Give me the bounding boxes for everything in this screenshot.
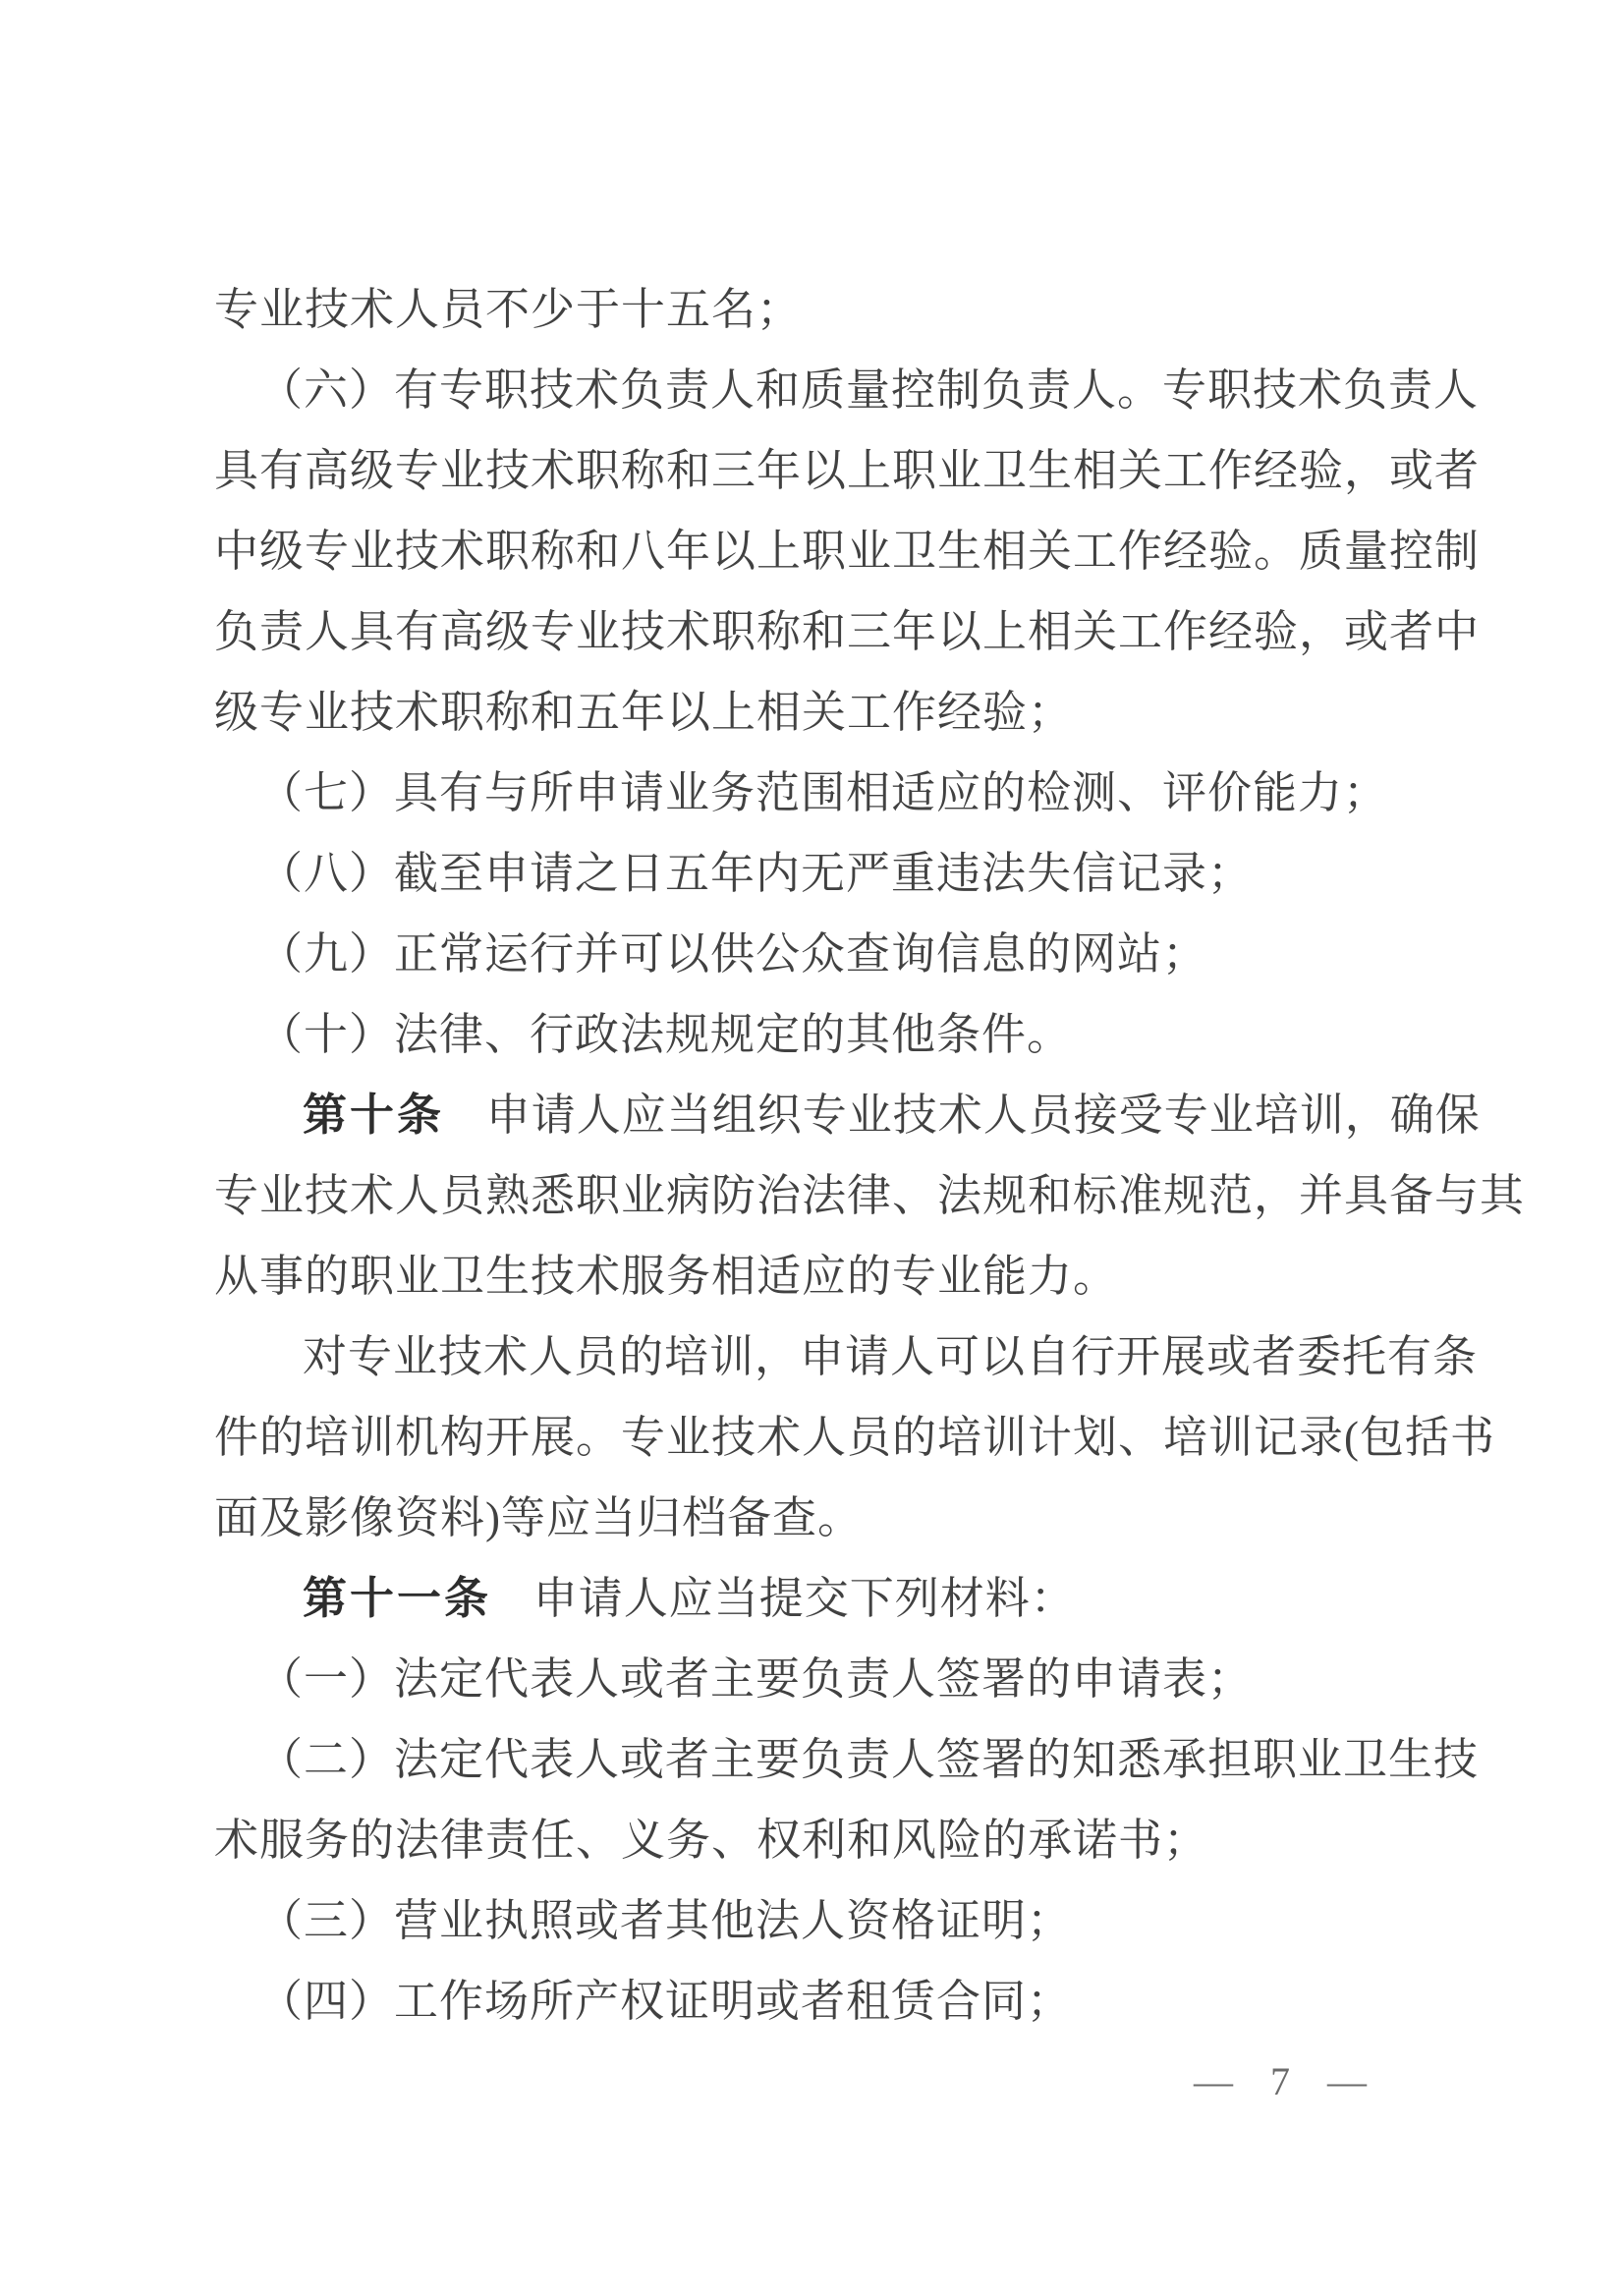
text-line: （八）截至申请之日五年内无严重违法失信记录； xyxy=(214,833,1491,914)
text-line: （七）具有与所申请业务范围相适应的检测、评价能力； xyxy=(214,753,1491,833)
line-text: 面及影像资料)等应当归档备查。 xyxy=(214,1493,863,1542)
line-text: （十）法律、行政法规规定的其他条件。 xyxy=(258,1010,1072,1059)
text-line: 从事的职业卫生技术服务相适应的专业能力。 xyxy=(214,1236,1491,1316)
line-text: 专业技术人员熟悉职业病防治法律、法规和标准规范，并具备与其 xyxy=(214,1171,1525,1220)
line-text: 负责人具有高级专业技术职称和三年以上相关工作经验，或者中 xyxy=(214,607,1480,656)
line-text: 中级专业技术职称和八年以上职业卫生相关工作经验。质量控制 xyxy=(214,527,1480,576)
text-line: （二）法定代表人或者主要负责人签署的知悉承担职业卫生技 xyxy=(214,1719,1491,1800)
line-text: （七）具有与所申请业务范围相适应的检测、评价能力； xyxy=(258,768,1388,817)
line-text: （六）有专职技术负责人和质量控制负责人。专职技术负责人 xyxy=(258,365,1479,415)
text-line: （九）正常运行并可以供公众查询信息的网站； xyxy=(214,914,1491,994)
text-line: 专业技术人员不少于十五名； xyxy=(214,269,1491,350)
text-line: 具有高级专业技术职称和三年以上职业卫生相关工作经验，或者 xyxy=(214,430,1491,511)
text-line: 专业技术人员熟悉职业病防治法律、法规和标准规范，并具备与其 xyxy=(214,1155,1491,1236)
line-text: （一）法定代表人或者主要负责人签署的申请表； xyxy=(258,1654,1253,1704)
article-line: 第十条申请人应当组织专业技术人员接受专业培训，确保 xyxy=(214,1075,1491,1155)
text-line: 中级专业技术职称和八年以上职业卫生相关工作经验。质量控制 xyxy=(214,511,1491,591)
line-text: 级专业技术职称和五年以上相关工作经验； xyxy=(214,688,1073,737)
line-text: 术服务的法律责任、义务、权利和风险的承诺书； xyxy=(214,1816,1208,1865)
line-text: （八）截至申请之日五年内无严重违法失信记录； xyxy=(258,849,1253,898)
line-text: 件的培训机构开展。专业技术人员的培训计划、培训记录(包括书 xyxy=(214,1413,1495,1462)
text-line: （四）工作场所产权证明或者租赁合同； xyxy=(214,1961,1491,2042)
article-number: 第十一条 xyxy=(303,1573,491,1623)
text-line: 术服务的法律责任、义务、权利和风险的承诺书； xyxy=(214,1800,1491,1880)
text-line: （十）法律、行政法规规定的其他条件。 xyxy=(214,994,1491,1075)
text-line: （一）法定代表人或者主要负责人签署的申请表； xyxy=(214,1639,1491,1719)
line-text: 申请人应当组织专业技术人员接受专业培训，确保 xyxy=(486,1091,1481,1140)
text-line: 面及影像资料)等应当归档备查。 xyxy=(214,1478,1491,1558)
line-text: 申请人应当提交下列材料： xyxy=(533,1574,1076,1623)
line-text: （四）工作场所产权证明或者租赁合同； xyxy=(258,1977,1072,2026)
text-line: 件的培训机构开展。专业技术人员的培训计划、培训记录(包括书 xyxy=(214,1397,1491,1478)
line-text: 专业技术人员不少于十五名； xyxy=(214,285,802,334)
line-text: （九）正常运行并可以供公众查询信息的网站； xyxy=(258,929,1207,979)
page-number: — 7 — xyxy=(1194,2059,1380,2104)
article-number: 第十条 xyxy=(303,1090,444,1140)
document-text-block: 专业技术人员不少于十五名；（六）有专职技术负责人和质量控制负责人。专职技术负责人… xyxy=(214,269,1491,2042)
line-text: 具有高级专业技术职称和三年以上职业卫生相关工作经验，或者 xyxy=(214,446,1480,495)
line-text: （三）营业执照或者其他法人资格证明； xyxy=(258,1896,1072,1945)
line-text: 对专业技术人员的培训，申请人可以自行开展或者委托有条 xyxy=(303,1332,1478,1381)
text-line: 级专业技术职称和五年以上相关工作经验； xyxy=(214,672,1491,753)
text-line: 对专业技术人员的培训，申请人可以自行开展或者委托有条 xyxy=(214,1316,1491,1397)
text-line: （六）有专职技术负责人和质量控制负责人。专职技术负责人 xyxy=(214,350,1491,430)
document-page: 专业技术人员不少于十五名；（六）有专职技术负责人和质量控制负责人。专职技术负责人… xyxy=(0,0,1624,2295)
text-line: （三）营业执照或者其他法人资格证明； xyxy=(214,1880,1491,1961)
line-text: 从事的职业卫生技术服务相适应的专业能力。 xyxy=(214,1252,1118,1301)
text-line: 负责人具有高级专业技术职称和三年以上相关工作经验，或者中 xyxy=(214,591,1491,672)
article-line: 第十一条申请人应当提交下列材料： xyxy=(214,1558,1491,1639)
line-text: （二）法定代表人或者主要负责人签署的知悉承担职业卫生技 xyxy=(258,1735,1479,1784)
